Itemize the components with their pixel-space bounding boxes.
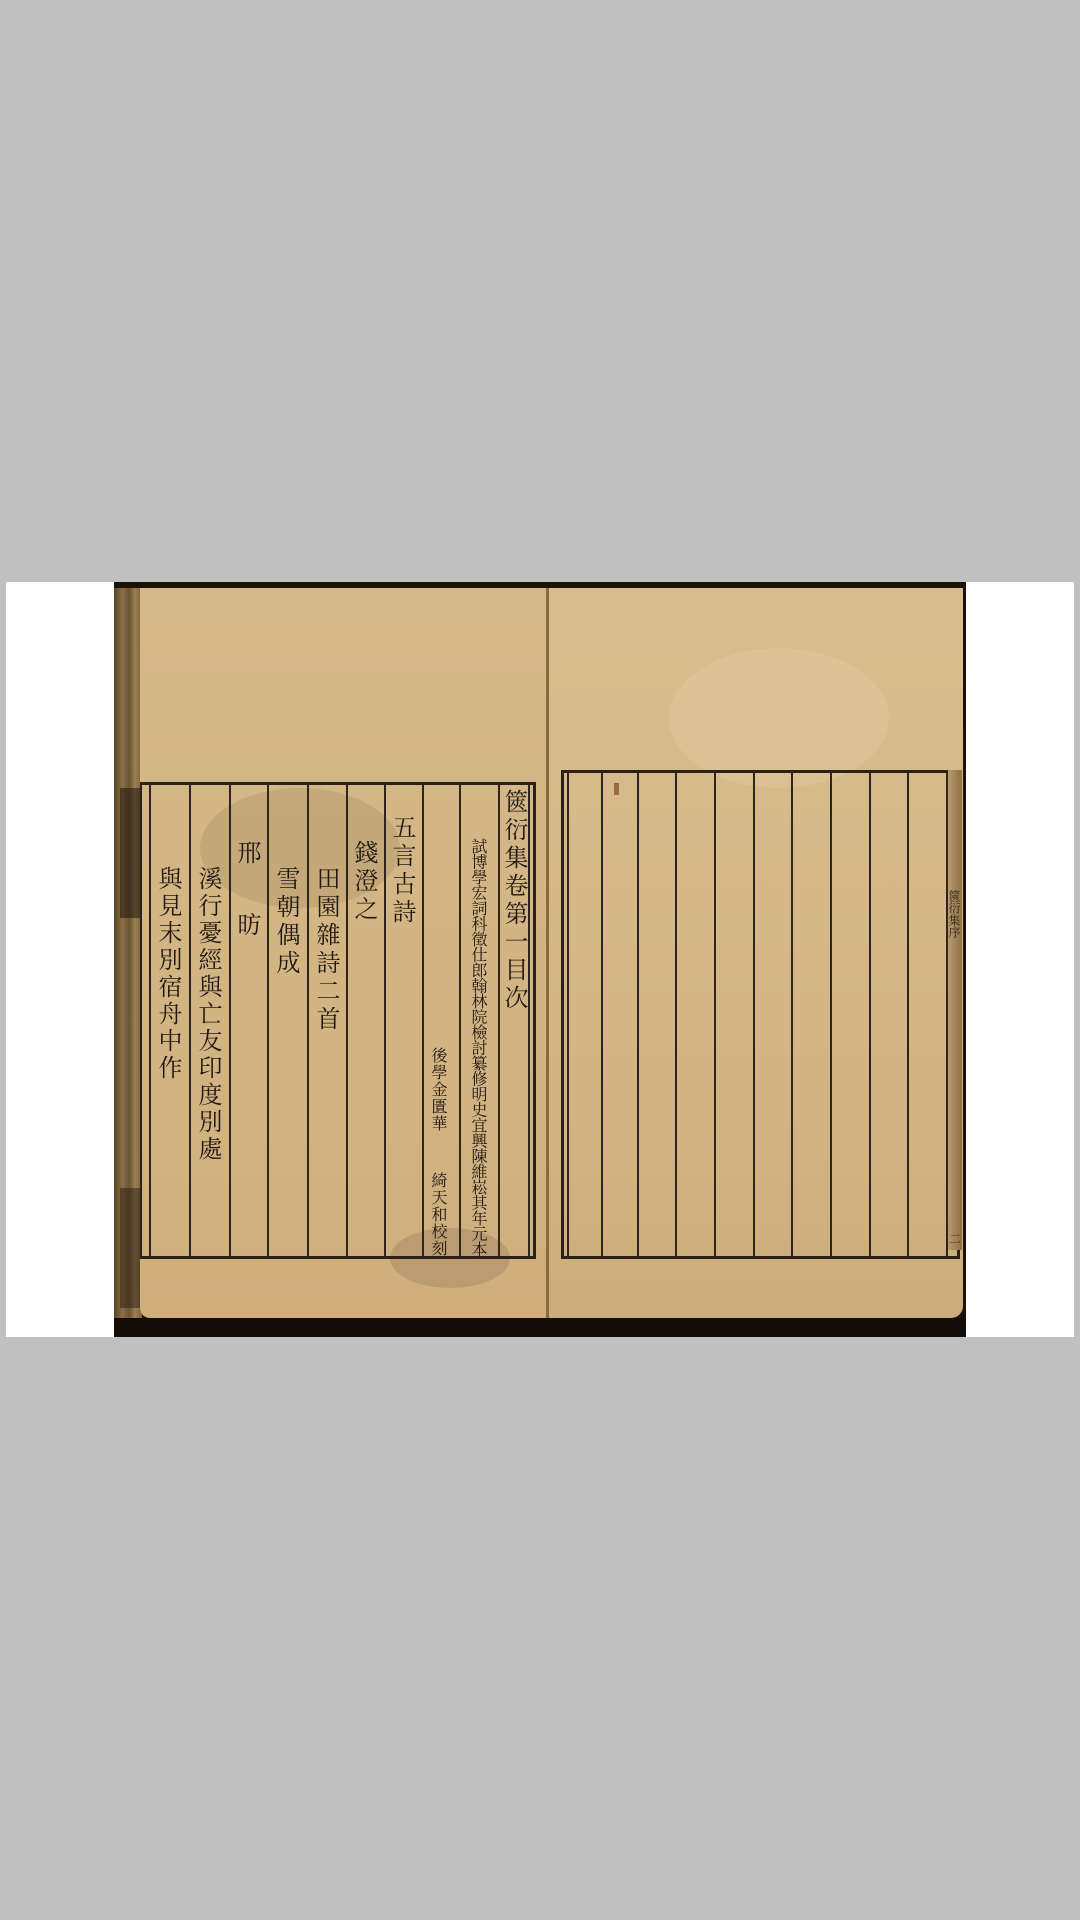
right-page-frame [561, 770, 960, 1259]
book-bottom-edge [114, 1318, 966, 1337]
page-stack-edge [114, 588, 142, 1318]
ink-mark [614, 783, 619, 795]
poem-title: 與見末別宿舟中作 [156, 866, 180, 1082]
author-name: 錢澄之 [352, 840, 376, 924]
section-heading: 五言古詩 [390, 815, 414, 927]
editor-line: 後學金匱華 綺天和校刻 [430, 1047, 446, 1257]
poem-title: 田園雜詩二首 [314, 866, 338, 1034]
poem-title: 溪行憂經與亡友印度別處 [196, 866, 220, 1163]
fore-edge-page-number: 二 [949, 1230, 961, 1247]
poem-title: 雪朝偶成 [274, 866, 298, 978]
compiler-line: 試博學宏詞科徵仕郎翰林院檢討纂修明史宜興陳維崧其年元本 [470, 838, 486, 1257]
gutter [546, 588, 549, 1318]
volume-title: 篋衍集卷第一目次 [502, 789, 526, 1013]
author-name: 邢 昉 [235, 840, 259, 946]
fore-edge-title: 篋衍集序 [948, 890, 960, 938]
next-leaf-fore-edge: 篋衍集序 二 [948, 770, 962, 1250]
